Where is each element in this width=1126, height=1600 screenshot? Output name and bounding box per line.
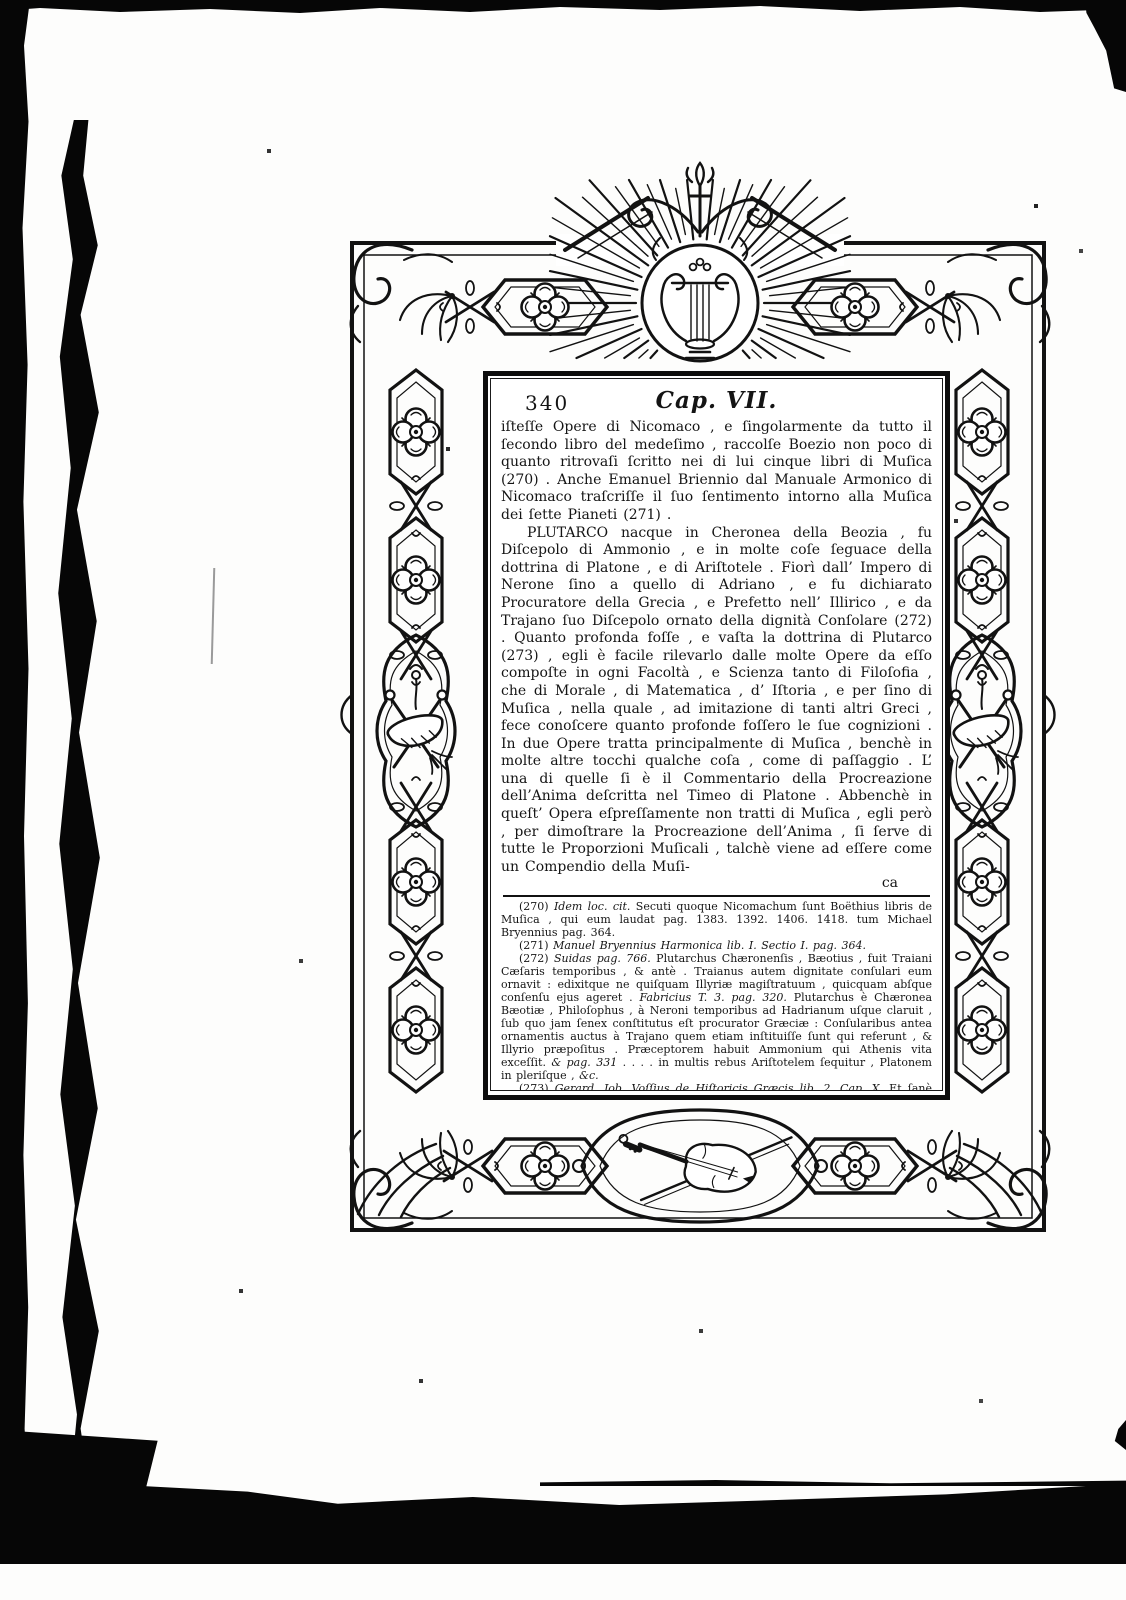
corner-plume-bl bbox=[358, 1144, 450, 1217]
drum-icon-left bbox=[385, 665, 452, 774]
drum-icon-right bbox=[951, 665, 1018, 774]
text-block-inner: 340 Cap. VII. iſteſſe Opere di Nicomaco … bbox=[490, 378, 943, 1091]
binding-shadow bbox=[52, 120, 104, 1512]
left-border-chain bbox=[342, 370, 456, 1092]
paragraph-2: PLUTARCO nacque in Cheronea della Beozia… bbox=[501, 525, 932, 877]
corner-scroll-tl bbox=[351, 244, 457, 342]
chapter-heading: Cap. VII. bbox=[501, 387, 932, 414]
footnote-270: (270) Idem loc. cit. Secuti quoque Nicom… bbox=[501, 900, 932, 939]
scan-edge-top bbox=[0, 0, 1126, 14]
footnotes: (270) Idem loc. cit. Secuti quoque Nicom… bbox=[501, 900, 932, 1091]
bottom-border bbox=[438, 1110, 962, 1222]
text-block: 340 Cap. VII. iſteſſe Opere di Nicomaco … bbox=[483, 371, 950, 1100]
footnote-rule bbox=[503, 895, 930, 897]
scan-edge-right-mark bbox=[1112, 1420, 1126, 1450]
rosette-icon bbox=[832, 284, 879, 331]
scan-edge-bottom-streak bbox=[540, 1480, 1126, 1486]
scan-edge-left bbox=[0, 0, 30, 1520]
footnote-272: (272) Suidas pag. 766. Plutarchus Chæron… bbox=[501, 952, 932, 1082]
footnote-271: (271) Manuel Bryennius Harmonica lib. I.… bbox=[501, 939, 932, 952]
paragraph-1: iſteſſe Opere di Nicomaco , e ſingolarme… bbox=[501, 419, 932, 525]
rosette-icon bbox=[522, 284, 569, 331]
leaf-cross bbox=[440, 281, 500, 333]
right-border-chain bbox=[943, 370, 1055, 1092]
dust-specks bbox=[0, 0, 2, 2]
catchword: ca bbox=[501, 876, 932, 891]
scanned-book-page: 340 Cap. VII. iſteſſe Opere di Nicomaco … bbox=[0, 0, 1126, 1600]
corner-scroll-tr bbox=[943, 244, 1049, 342]
corner-plume-br bbox=[950, 1144, 1042, 1217]
sunburst-medallion bbox=[642, 245, 758, 361]
scan-edge-bottom bbox=[0, 1430, 1126, 1564]
leaf-cross bbox=[900, 281, 960, 333]
scan-edge-top-right bbox=[1060, 0, 1126, 92]
pencil-mark bbox=[211, 568, 216, 664]
page-header: 340 Cap. VII. bbox=[501, 387, 932, 419]
footnote-273: (273) Gerard. Job. Voſſius de Hiſtoricis… bbox=[501, 1082, 932, 1091]
